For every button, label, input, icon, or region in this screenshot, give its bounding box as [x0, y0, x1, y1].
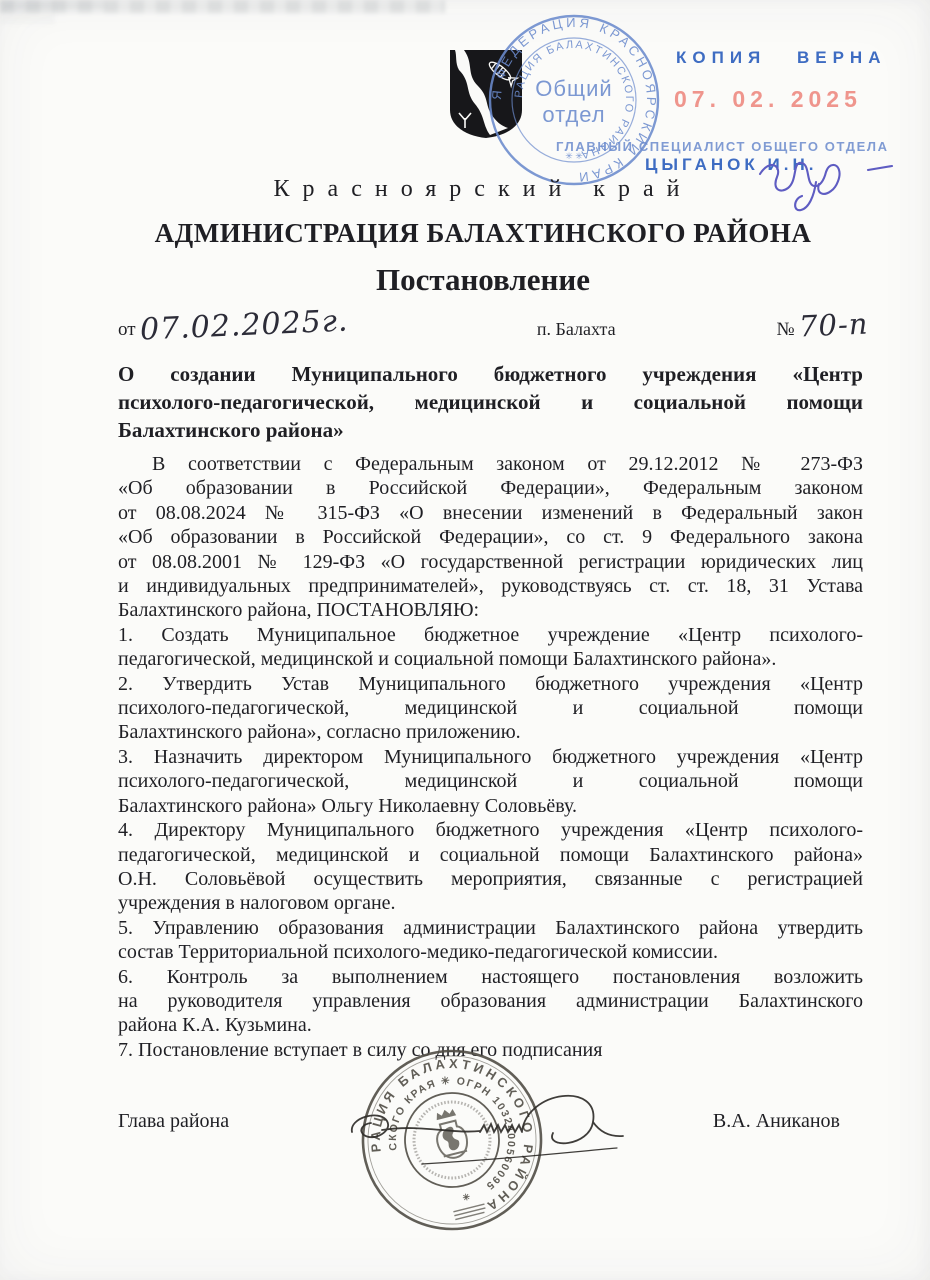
place-label: п. Балахта	[537, 319, 616, 340]
scan-ghost-band	[0, 0, 445, 13]
date-group: от 07.02.2025г.	[118, 308, 348, 343]
copy-verna-stamp: КОПИЯ ВЕРНА	[676, 48, 887, 68]
item-4: 4. Директору Муниципального бюджетного у…	[118, 818, 863, 916]
handwritten-date: 07.02.2025г.	[139, 303, 349, 347]
organization-title: АДМИНИСТРАЦИЯ БАЛАХТИНСКОГО РАЙОНА	[83, 218, 883, 249]
intro-paragraph: В соответствии с Федеральным законом от …	[118, 452, 863, 623]
scanned-decree-page: РОССИЙСКАЯ ФЕДЕРАЦИЯ КРАСНОЯРСКИЙ КРАЙ А…	[0, 0, 930, 1280]
from-label: от	[118, 319, 136, 340]
scan-ghost-smudge	[0, 0, 105, 9]
signer-position: Глава района	[118, 1110, 229, 1133]
subject-paragraph: О создании Муниципального бюджетного учр…	[118, 360, 863, 444]
item-5: 5. Управлению образования администрации …	[118, 916, 863, 965]
item-3: 3. Назначить директором Муниципального б…	[118, 745, 863, 818]
scan-ghost-smudge	[0, 0, 55, 24]
item-2: 2. Утвердить Устав Муниципального бюджет…	[118, 672, 863, 745]
document-body: В соответствии с Федеральным законом от …	[118, 452, 863, 1062]
office-round-stamp: РОССИЙСКАЯ ФЕДЕРАЦИЯ КРАСНОЯРСКИЙ КРАЙ А…	[486, 12, 662, 188]
office-stamp-center-line2: отдел	[542, 102, 605, 127]
seal-center-emblem	[430, 1106, 470, 1161]
meta-line: от 07.02.2025г. п. Балахта № 70-п	[118, 308, 868, 343]
item-6: 6. Контроль за выполнением настоящего по…	[118, 965, 863, 1038]
number-label: №	[776, 319, 794, 340]
handwritten-number: 70-п	[798, 307, 869, 344]
seal-mark: ✳	[461, 1191, 471, 1203]
item-1: 1. Создать Муниципальное бюджетное учреж…	[118, 623, 863, 672]
office-stamp-center-line1: Общий	[535, 76, 612, 101]
region-title: Красноярский край	[83, 176, 883, 203]
date-stamp: 07. 02. 2025	[674, 86, 862, 113]
seal-bottom-box	[453, 1204, 486, 1220]
number-group: № 70-п	[776, 308, 868, 342]
official-seal: АДМИНИСТРАЦИЯ БАЛАХТИНСКОГО РАЙОНА КРАСН…	[330, 1040, 830, 1255]
document-type-title: Постановление	[83, 262, 883, 298]
